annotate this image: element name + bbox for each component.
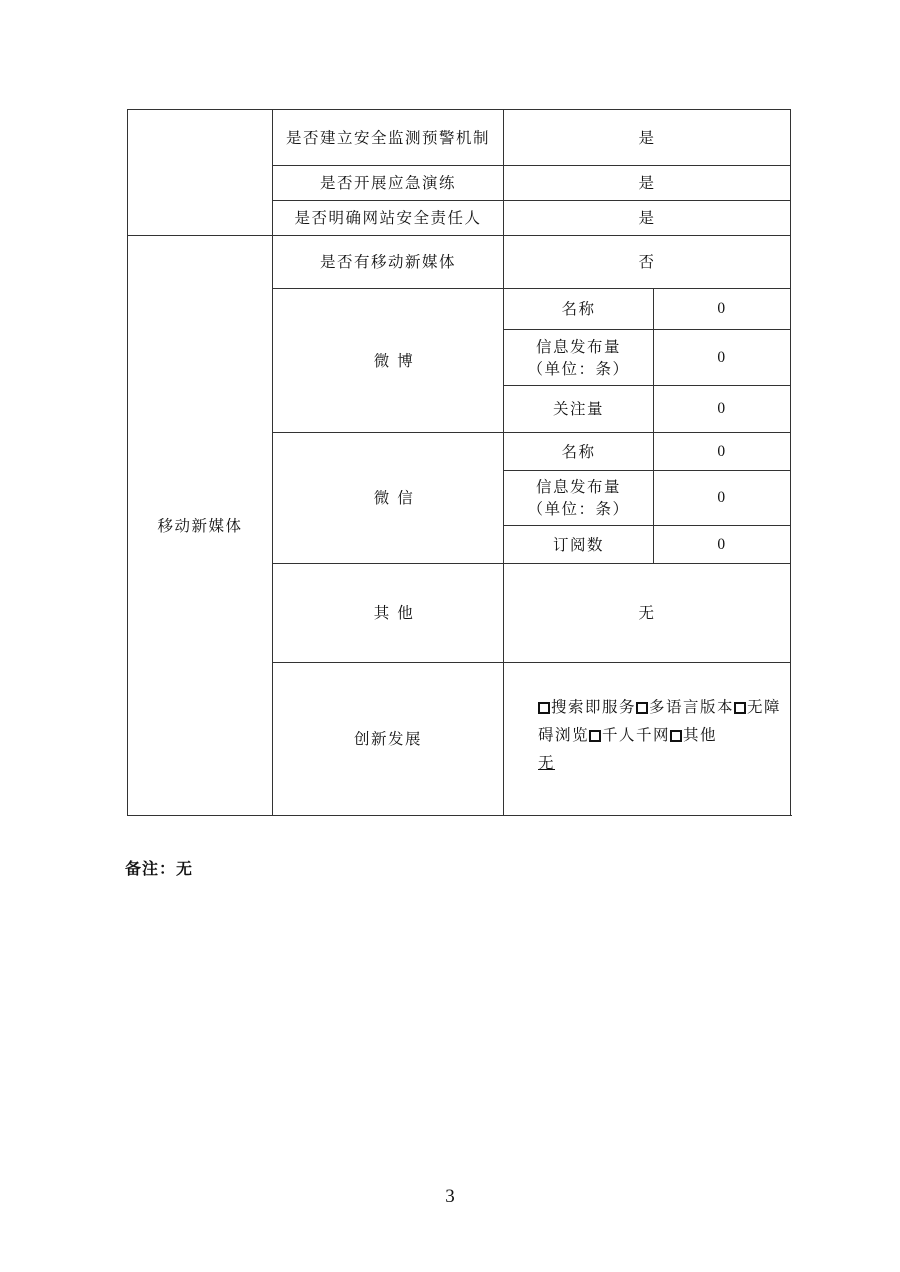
other-media-label: 其 他 — [273, 564, 504, 663]
value-cell: 0 — [654, 471, 791, 526]
innovation-other-line: 无 — [538, 749, 784, 777]
answer-cell: 是 — [504, 201, 791, 236]
option-label: 搜索即服务 — [551, 698, 636, 716]
table-row: 是否建立安全监测预警机制 是 — [128, 110, 791, 166]
value-cell: 0 — [654, 386, 791, 433]
checkbox-multilanguage[interactable] — [636, 702, 648, 714]
answer-cell: 是 — [504, 166, 791, 201]
mobile-media-section-label: 移动新媒体 — [128, 236, 273, 816]
option-label: 千人千网 — [602, 726, 670, 744]
checkbox-other[interactable] — [670, 730, 682, 742]
value-cell: 0 — [654, 526, 791, 564]
answer-cell: 是 — [504, 110, 791, 166]
field-cell: 信息发布量 （单位：条） — [504, 471, 654, 526]
field-cell: 订阅数 — [504, 526, 654, 564]
innovation-section-label: 创新发展 — [273, 663, 504, 816]
question-cell: 是否开展应急演练 — [273, 166, 504, 201]
answer-cell: 否 — [504, 236, 791, 289]
value-cell: 0 — [654, 330, 791, 386]
page-number: 3 — [0, 1186, 900, 1208]
value-cell: 0 — [654, 289, 791, 330]
option-label: 其他 — [683, 726, 717, 744]
field-line: 信息发布量 — [508, 336, 649, 358]
option-label: 多语言版本 — [649, 698, 734, 716]
question-cell: 是否建立安全监测预警机制 — [273, 110, 504, 166]
checkbox-accessibility[interactable] — [734, 702, 746, 714]
field-unit: （单位：条） — [508, 358, 649, 380]
field-cell: 名称 — [504, 289, 654, 330]
question-cell: 是否明确网站安全责任人 — [273, 201, 504, 236]
innovation-other-value: 无 — [538, 754, 555, 772]
question-cell: 是否有移动新媒体 — [273, 236, 504, 289]
wechat-label: 微 信 — [273, 433, 504, 564]
remark-note: 备注：无 — [125, 856, 193, 879]
field-cell: 名称 — [504, 433, 654, 471]
other-media-value: 无 — [504, 564, 791, 663]
field-unit: （单位：条） — [508, 498, 649, 520]
field-cell: 关注量 — [504, 386, 654, 433]
value-cell: 0 — [654, 433, 791, 471]
innovation-option-line: 搜索即服务多语言版本无障碍浏览千人千网其他 — [538, 693, 784, 749]
innovation-options: 搜索即服务多语言版本无障碍浏览千人千网其他 无 — [504, 663, 791, 816]
checkbox-personalized[interactable] — [589, 730, 601, 742]
security-section-cell — [128, 110, 273, 236]
field-cell: 信息发布量 （单位：条） — [504, 330, 654, 386]
website-report-table: 是否建立安全监测预警机制 是 是否开展应急演练 是 是否明确网站安全责任人 是 … — [127, 109, 791, 816]
document-page: 是否建立安全监测预警机制 是 是否开展应急演练 是 是否明确网站安全责任人 是 … — [0, 0, 900, 1272]
table-row: 移动新媒体 是否有移动新媒体 否 — [128, 236, 791, 289]
checkbox-search-service[interactable] — [538, 702, 550, 714]
weibo-label: 微 博 — [273, 289, 504, 433]
question-text: 是否建立安全监测预警机制 — [286, 129, 490, 147]
field-line: 信息发布量 — [508, 476, 649, 498]
